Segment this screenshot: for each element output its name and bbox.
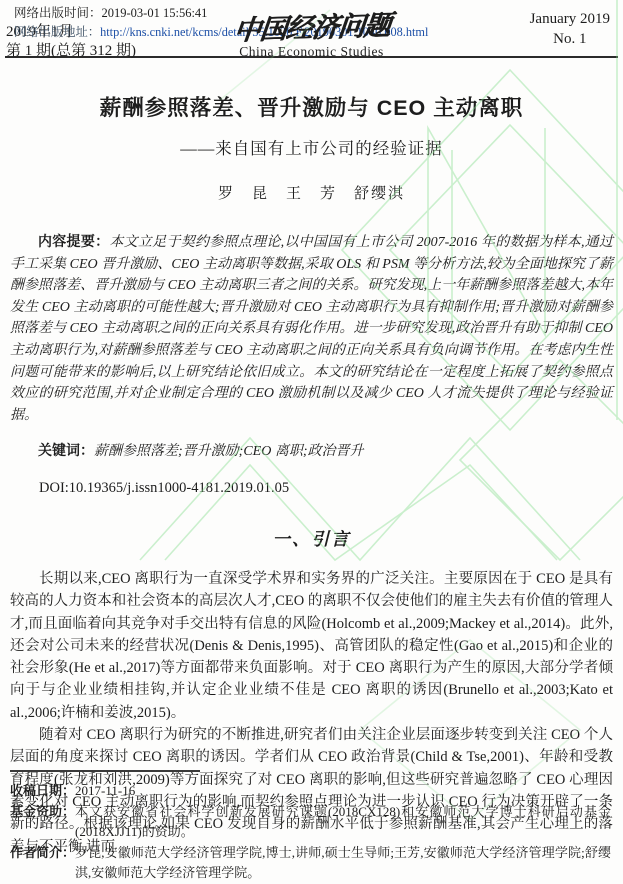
received-date-value: 2017-11-16 (75, 781, 611, 802)
issue-number-cn: 第 1 期(总第 312 期) (6, 39, 136, 60)
article-title: 薪酬参照落差、晋升激励与 CEO 主动离职 (10, 91, 613, 122)
intro-paragraph-1: 长期以来,CEO 离职行为一直深受学术界和实务界的广泛关注。主要原因在于 CEO… (10, 568, 613, 724)
abstract-text: 本文立足于契约参照点理论,以中国国有上市公司 2007-2016 年的数据为样本… (10, 235, 613, 423)
author-line: 罗 昆 王 芳 舒缨淇 (10, 182, 613, 203)
footnote-author-bio: 作者简介： 罗昆,安徽师范大学经济管理学院,博士,讲师,硕士生导师;王芳,安徽师… (10, 843, 611, 884)
online-publish-time-label: 网络出版时间： (14, 6, 102, 20)
issue-month-english: January 2019 (530, 9, 610, 29)
journal-page: 网络出版时间：2019-03-01 15:56:41 2019年1月 网络出版地… (0, 0, 623, 884)
issue-number-english: No. 1 (530, 29, 610, 49)
abstract-paragraph: 内容提要：本文立足于契约参照点理论,以中国国有上市公司 2007-2016 年的… (10, 231, 613, 426)
footnote-divider (10, 770, 200, 772)
journal-logo: 中国经济问题 China Economic Studies (187, 6, 437, 60)
section-heading-introduction: 一、引言 (10, 526, 613, 551)
keywords-line: 关键词：薪酬参照落差;晋升激励;CEO 离职;政治晋升 (10, 440, 613, 463)
received-date-label: 收稿日期： (10, 781, 75, 802)
funding-text: 本文获安徽省社会科学创新发展研究课题(2018CX128)和安徽师范大学博士科研… (75, 802, 611, 843)
journal-logo-calligraphy: 中国经济问题 (231, 3, 391, 48)
online-publish-url-label: 网络出版地址： (14, 25, 100, 39)
funding-label: 基金资助： (10, 802, 75, 843)
article-content: 薪酬参照落差、晋升激励与 CEO 主动离职 ——来自国有上市公司的经验证据 罗 … (0, 91, 623, 858)
footnote-received-date: 收稿日期： 2017-11-16 (10, 781, 611, 802)
abstract-label: 内容提要： (38, 233, 109, 249)
journal-header: 网络出版时间：2019-03-01 15:56:41 2019年1月 网络出版地… (5, 0, 618, 58)
issue-info-english: January 2019 No. 1 (530, 9, 610, 49)
footnote-funding: 基金资助： 本文获安徽省社会科学创新发展研究课题(2018CX128)和安徽师范… (10, 802, 611, 843)
author-bio-text: 罗昆,安徽师范大学经济管理学院,博士,讲师,硕士生导师;王芳,安徽师范大学经济管… (75, 843, 611, 884)
author-bio-label: 作者简介： (10, 843, 75, 884)
keywords-text: 薪酬参照落差;晋升激励;CEO 离职;政治晋升 (94, 444, 364, 459)
keywords-label: 关键词： (38, 442, 94, 458)
footnote-block: 收稿日期： 2017-11-16 基金资助： 本文获安徽省社会科学创新发展研究课… (10, 770, 611, 884)
article-subtitle: ——来自国有上市公司的经验证据 (10, 135, 613, 159)
journal-name-english: China Economic Studies (187, 44, 437, 60)
online-publish-time: 网络出版时间：2019-03-01 15:56:41 (14, 3, 207, 21)
doi-line: DOI:10.19365/j.issn1000-4181.2019.01.05 (10, 477, 613, 499)
